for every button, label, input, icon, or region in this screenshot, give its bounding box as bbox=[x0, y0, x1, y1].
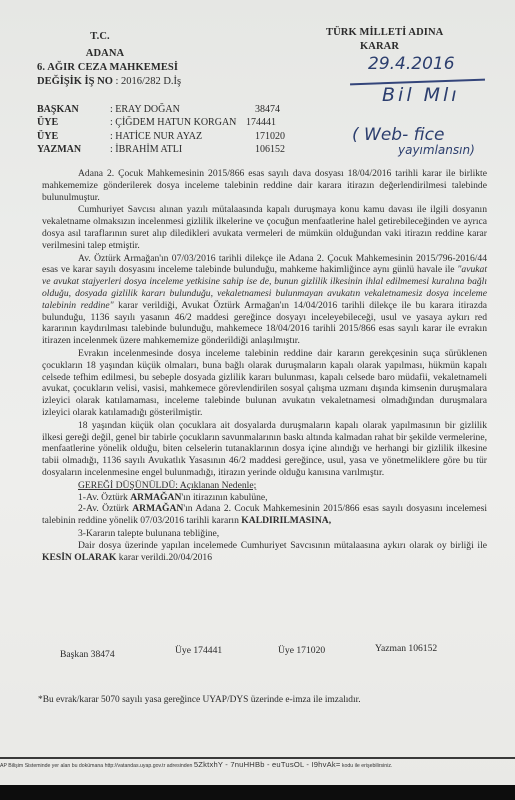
uyap-verification-footer: AP Bilişim Sisteminde yer alan bu doküma… bbox=[0, 760, 515, 769]
panel-member-id: 174441 bbox=[246, 117, 276, 128]
decision-body: Adana 2. Çocuk Mahkemesinin 2015/866 esa… bbox=[42, 168, 487, 564]
item1-text-a: 1-Av. Öztürk bbox=[78, 492, 130, 503]
signature-chair: Başkan 38474 bbox=[60, 649, 115, 660]
verdict-heading: GEREĞİ DÜŞÜNÜLDÜ: Açıklanan Nedenle; bbox=[42, 480, 487, 492]
footer-text-b: kodu ile erişebilirsiniz. bbox=[340, 763, 392, 769]
header-decision-title: KARAR bbox=[360, 41, 399, 52]
appeal-text-a: Av. Öztürk Armağan'ın 07/03/2016 tarihli… bbox=[42, 253, 487, 276]
header-city: ADANA bbox=[70, 48, 140, 59]
handwritten-web-note-line1: ( Web- fice bbox=[352, 125, 444, 145]
item2-name: ARMAĞAN bbox=[132, 503, 183, 514]
panel-role: BAŞKAN bbox=[37, 104, 79, 115]
signature-clerk: Yazman 106152 bbox=[375, 643, 437, 654]
item2-text-a: 2-Av. Öztürk bbox=[78, 503, 132, 514]
court-decision-document: T.C. ADANA 6. AĞIR CEZA MAHKEMESİ DEĞİŞİ… bbox=[0, 0, 515, 790]
paragraph-examination: Evrakın incelenmesinde dosya inceleme ta… bbox=[42, 348, 487, 419]
case-number: DEĞİŞİK İŞ NO : 2016/282 D.İş bbox=[37, 76, 181, 87]
footer-divider bbox=[0, 757, 515, 759]
paragraph-appeal-history: Av. Öztürk Armağan'ın 07/03/2016 tarihli… bbox=[42, 253, 487, 347]
handwritten-date: 29.4.2016 bbox=[368, 54, 455, 74]
final-finality: KESİN OLARAK bbox=[42, 552, 116, 563]
panel-member-id: 106152 bbox=[255, 144, 285, 155]
panel-member-name: : ERAY DOĞAN bbox=[110, 104, 180, 115]
case-number-value: : 2016/282 D.İş bbox=[115, 76, 181, 87]
verdict-heading-text: GEREĞİ DÜŞÜNÜLDÜ: Açıklanan Nedenle; bbox=[78, 480, 256, 491]
panel-member-id: 38474 bbox=[255, 104, 280, 115]
final-decision: Dair dosya üzerinde yapılan incelemede C… bbox=[42, 540, 487, 564]
item2-ruling: KALDIRILMASINA, bbox=[241, 515, 331, 526]
verification-code: 5ZktxhY - 7nuHHBb - euTusOL - I9hvAk= bbox=[194, 760, 341, 769]
verdict-item-1: 1-Av. Öztürk ARMAĞAN'ın itirazının kabul… bbox=[42, 492, 487, 504]
final-text-c: karar verildi.20/04/2016 bbox=[116, 552, 212, 563]
e-signature-note: *Bu evrak/karar 5070 sayılı yasa gereğin… bbox=[38, 695, 361, 705]
signature-member: Üye 174441 bbox=[175, 645, 222, 656]
header-court-name: 6. AĞIR CEZA MAHKEMESİ bbox=[37, 62, 178, 73]
case-number-label: DEĞİŞİK İŞ NO bbox=[37, 76, 113, 87]
panel-role: YAZMAN bbox=[37, 144, 81, 155]
final-text-a: Dair dosya üzerinde yapılan incelemede C… bbox=[78, 540, 487, 551]
handwritten-web-note-line2: yayımlansın) bbox=[398, 143, 475, 157]
signature-member: Üye 171020 bbox=[278, 645, 325, 656]
panel-member-name: : ÇİĞDEM HATUN KORGAN bbox=[110, 117, 236, 128]
header-nation-title: TÜRK MİLLETİ ADINA bbox=[326, 27, 443, 38]
paragraph-prosecutor-opinion: Cumhuriyet Savcısı alınan yazılı mütalaa… bbox=[42, 204, 487, 251]
photo-background-edge bbox=[0, 785, 515, 800]
verdict-item-3: 3-Kararın talepte bulunana tebliğine, bbox=[42, 528, 487, 540]
header-tc: T.C. bbox=[80, 31, 120, 42]
panel-role: ÜYE bbox=[37, 131, 58, 142]
panel-member-id: 171020 bbox=[255, 131, 285, 142]
item1-name: ARMAĞAN bbox=[130, 492, 181, 503]
verdict-item-2: 2-Av. Öztürk ARMAĞAN'ın Adana 2. Cocuk M… bbox=[42, 503, 487, 527]
handwritten-note: Bil Mlı bbox=[382, 84, 460, 106]
panel-member-name: : İBRAHİM ATLI bbox=[110, 144, 182, 155]
panel-member-name: : HATİCE NUR AYAZ bbox=[110, 131, 202, 142]
paragraph-case-intro: Adana 2. Çocuk Mahkemesinin 2015/866 esa… bbox=[42, 168, 487, 203]
paragraph-reasoning: 18 yaşından küçük olan çocuklara ait dos… bbox=[42, 420, 487, 479]
footer-text-a: AP Bilişim Sisteminde yer alan bu doküma… bbox=[0, 763, 194, 769]
item1-text-c: 'ın itirazının kabulüne, bbox=[181, 492, 267, 503]
panel-role: ÜYE bbox=[37, 117, 58, 128]
